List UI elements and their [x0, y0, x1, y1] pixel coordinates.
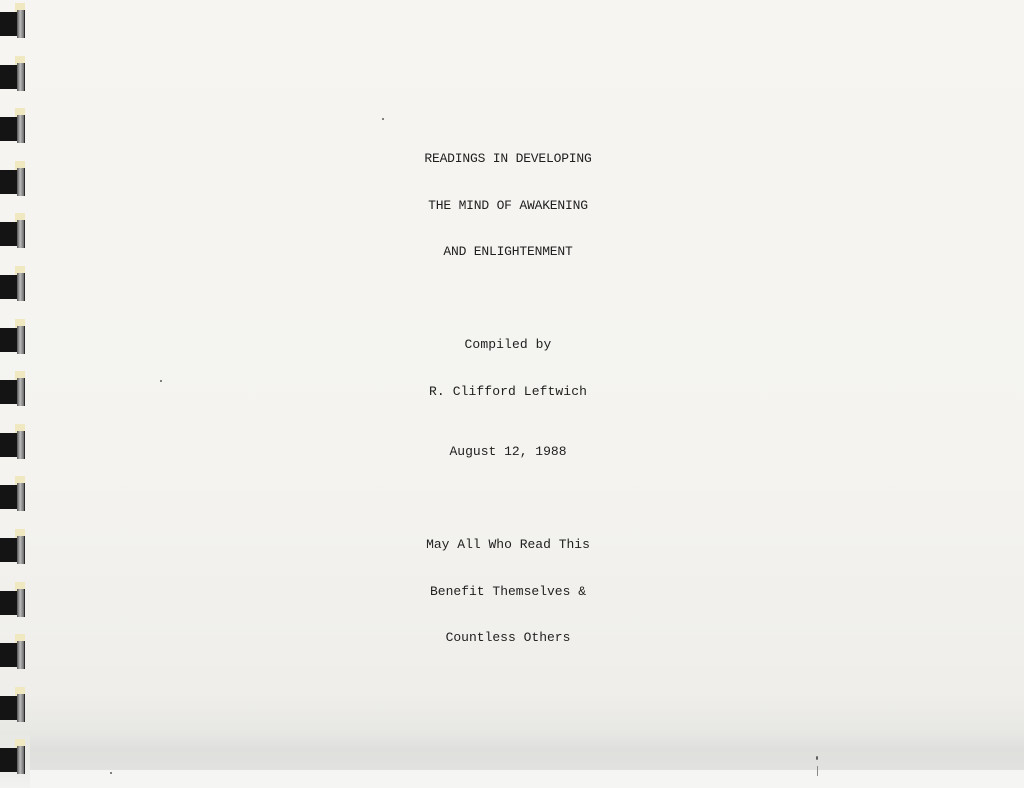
compiled-by-label: Compiled by — [380, 337, 636, 353]
dedication-line-3: Countless Others — [380, 630, 636, 646]
title-page-content: READINGS IN DEVELOPING THE MIND OF AWAKE… — [0, 0, 1024, 788]
title-line-1: READINGS IN DEVELOPING — [380, 151, 636, 167]
paper-speck — [382, 118, 384, 120]
compiler-name: R. Clifford Leftwich — [380, 384, 636, 400]
paper-speck — [816, 756, 818, 760]
document-date: August 12, 1988 — [380, 413, 636, 491]
title-line-2: THE MIND OF AWAKENING — [380, 198, 636, 214]
paper-speck — [110, 772, 112, 774]
dedication-line-1: May All Who Read This — [380, 537, 636, 553]
dedication: May All Who Read This Benefit Themselves… — [380, 506, 636, 677]
paper-speck — [817, 766, 818, 776]
compiled-by-section: Compiled by R. Clifford Leftwich — [380, 306, 636, 430]
paper-speck — [160, 380, 162, 382]
dedication-line-2: Benefit Themselves & — [380, 584, 636, 600]
document-title: READINGS IN DEVELOPING THE MIND OF AWAKE… — [380, 120, 636, 291]
date-text: August 12, 1988 — [380, 444, 636, 460]
title-line-3: AND ENLIGHTENMENT — [380, 244, 636, 260]
